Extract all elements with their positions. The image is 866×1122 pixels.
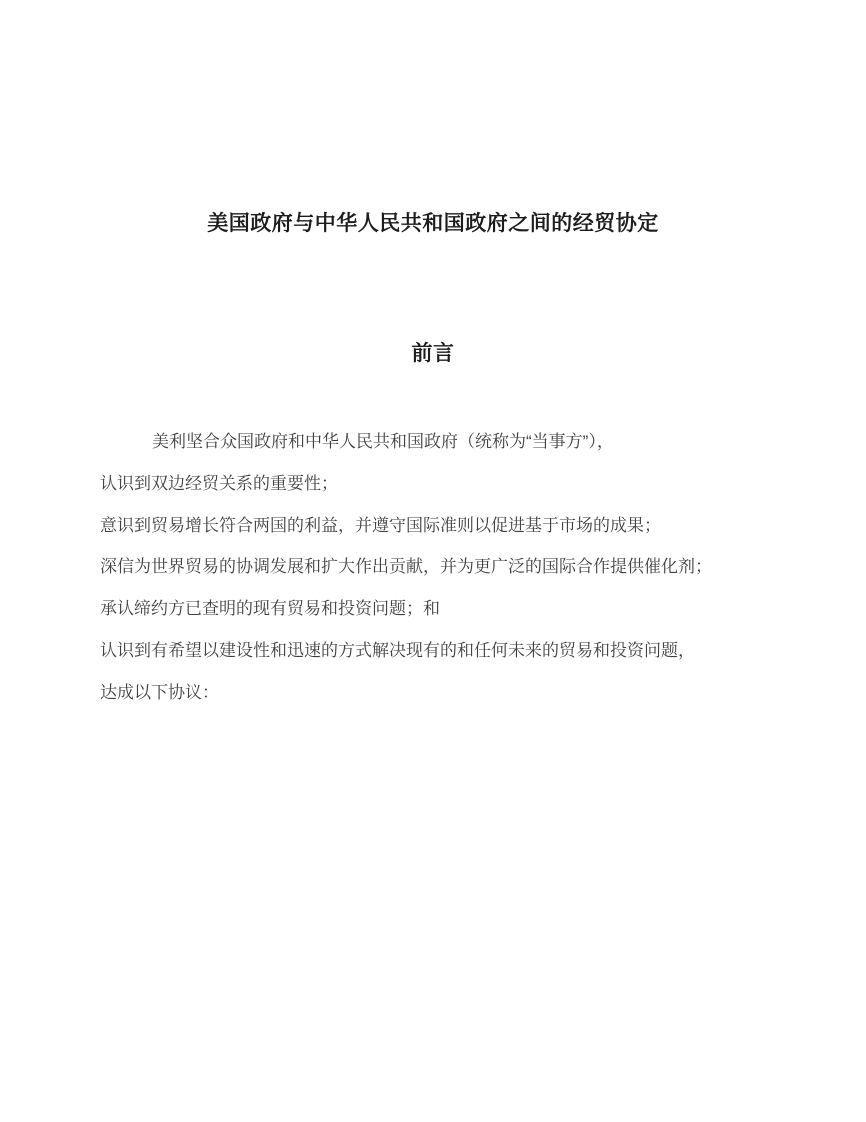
preamble-paragraph-parties: 美利坚合众国政府和中华人民共和国政府（统称为“当事方”）， bbox=[100, 421, 766, 463]
preamble-paragraph-resolution: 认识到有希望以建设性和迅速的方式解决现有的和任何未来的贸易和投资问题， bbox=[100, 630, 766, 672]
preamble-paragraph-world-trade: 深信为世界贸易的协调发展和扩大作出贡献，并为更广泛的国际合作提供催化剂； bbox=[100, 546, 766, 588]
preamble-paragraph-existing-issues: 承认缔约方已查明的现有贸易和投资问题；和 bbox=[100, 588, 766, 630]
document-page: 美国政府与中华人民共和国政府之间的经贸协定 前言 美利坚合众国政府和中华人民共和… bbox=[0, 0, 866, 1122]
preamble-paragraph-agreement: 达成以下协议： bbox=[100, 672, 766, 714]
preamble-paragraph-importance: 认识到双边经贸关系的重要性； bbox=[100, 463, 766, 505]
preamble-paragraph-trade-growth: 意识到贸易增长符合两国的利益，并遵守国际准则以促进基于市场的成果； bbox=[100, 505, 766, 547]
preamble-body: 美利坚合众国政府和中华人民共和国政府（统称为“当事方”）， 认识到双边经贸关系的… bbox=[100, 421, 766, 714]
preamble-heading: 前言 bbox=[0, 341, 866, 366]
document-title: 美国政府与中华人民共和国政府之间的经贸协定 bbox=[0, 211, 866, 236]
